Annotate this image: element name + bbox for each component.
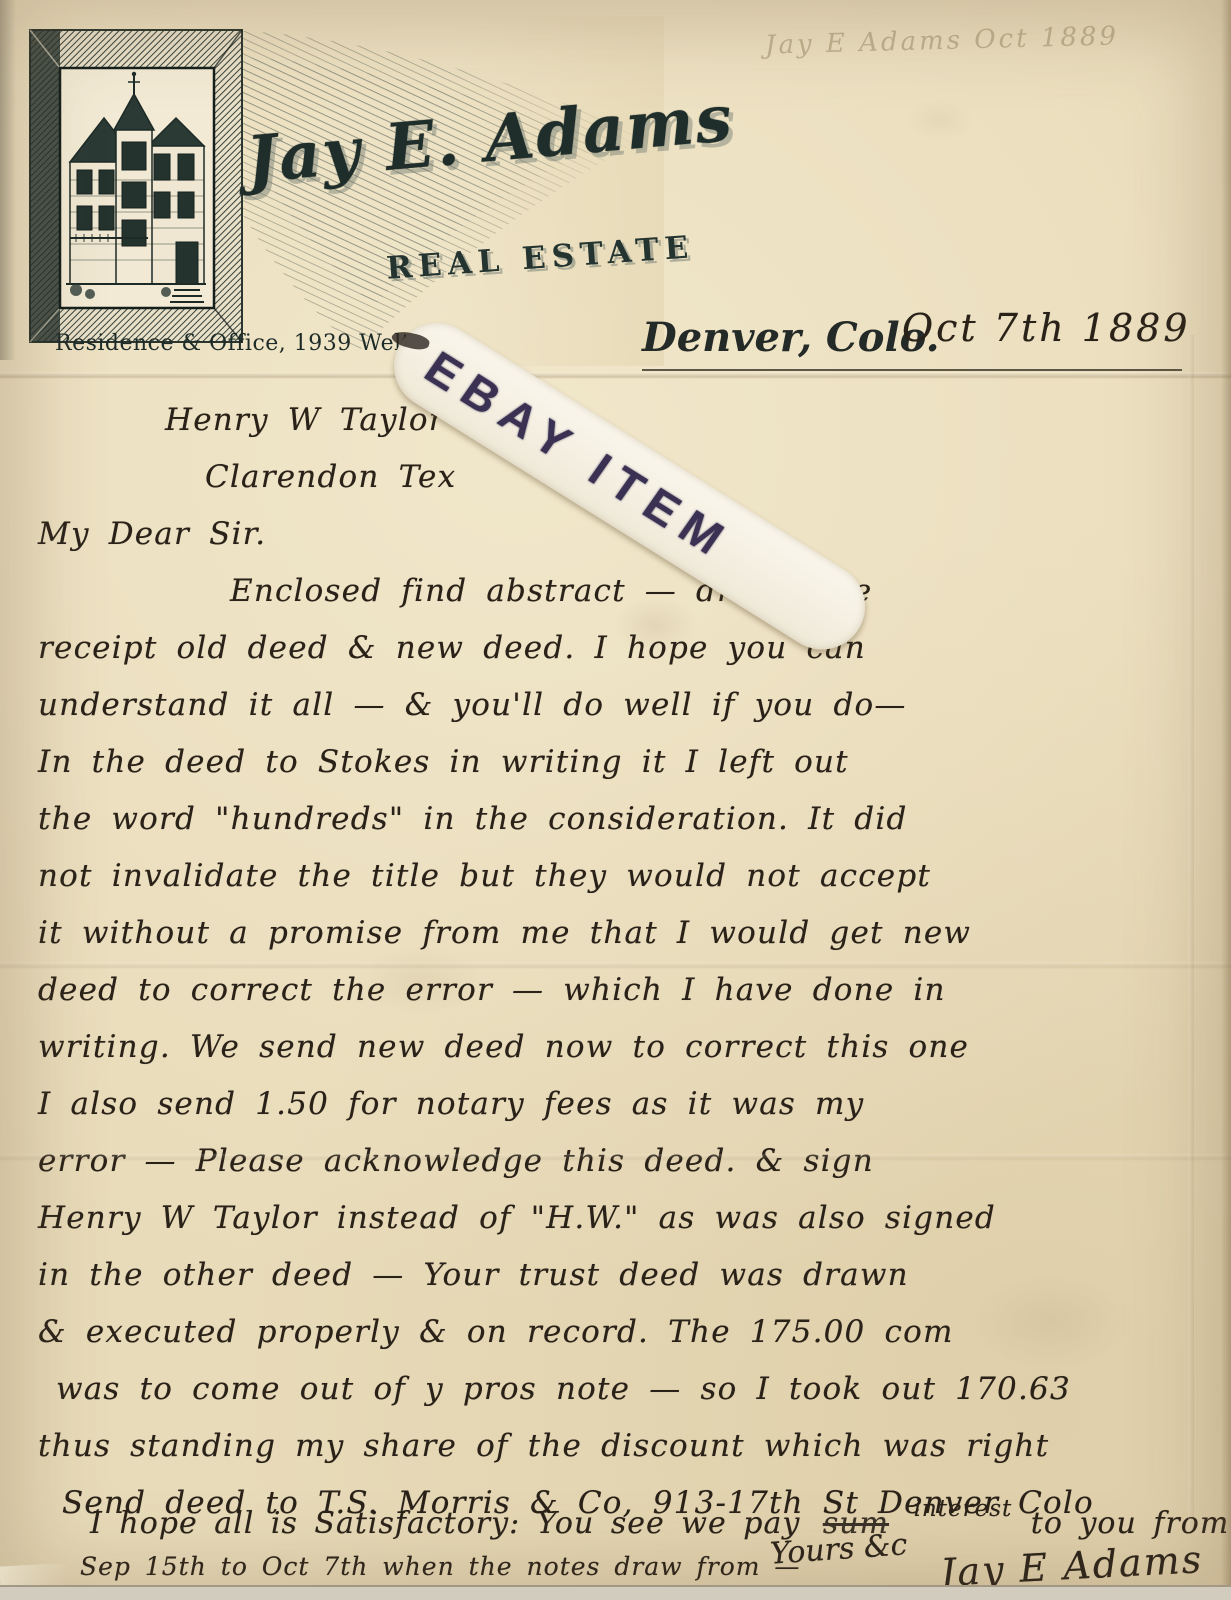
dateline-place: Denver, Colo. (642, 314, 940, 361)
closing-text-before: I hope all is Satisfactory: You see we p… (90, 1506, 800, 1541)
letter-line: deed to correct the error — which I have… (38, 962, 1215, 1019)
letter-line: Henry W Taylor instead of "H.W." as was … (38, 1190, 1215, 1247)
dateline-date: Oct 7th 1889 (902, 306, 1191, 350)
closing-line: I hope all is Satisfactory: You see we p… (90, 1506, 1229, 1541)
letter-line: the word "hundreds" in the consideration… (38, 791, 1215, 848)
letter-scan-page: Jay E. Adams Real Estate Residence & Off… (0, 0, 1231, 1600)
letter-line: In the deed to Stokes in writing it I le… (38, 734, 1215, 791)
letter-line: & executed properly & on record. The 175… (38, 1304, 1215, 1361)
paper-edge-right (1221, 0, 1231, 1600)
letter-lines: Enclosed find abstract — draft noterecei… (38, 563, 1215, 1532)
letter-body: Henry W Taylor Clarendon Tex My Dear Sir… (38, 392, 1215, 1532)
letter-line: receipt old deed & new deed. I hope you … (38, 620, 1215, 677)
letter-line: not invalidate the title but they would … (38, 848, 1215, 905)
letter-line: thus standing my share of the discount w… (38, 1418, 1215, 1475)
letter-line: in the other deed — Your trust deed was … (38, 1247, 1215, 1304)
dateline-rule (642, 369, 1182, 371)
inserted-word: interest (914, 1496, 1013, 1522)
letterhead-house-engraving (14, 16, 664, 366)
scan-edge-bottom (0, 1585, 1231, 1600)
letter-line: I also send 1.50 for notary fees as it w… (38, 1076, 1215, 1133)
letter-line: writing. We send new deed now to correct… (38, 1019, 1215, 1076)
letter-line: Enclosed find abstract — draft note (38, 563, 1215, 620)
pencil-inscription: Jay E Adams Oct 1889 (765, 21, 1120, 60)
letter-line: was to come out of y pros note — so I to… (38, 1361, 1215, 1418)
closing-continuation: Sep 15th to Oct 7th when the notes draw … (80, 1552, 800, 1581)
letter-line: understand it all — & you'll do well if … (38, 677, 1215, 734)
fold-crease (0, 372, 1231, 379)
letter-line: error — Please acknowledge this deed. & … (38, 1133, 1215, 1190)
letter-line: it without a promise from me that I woul… (38, 905, 1215, 962)
closing-text-after: to you from (1031, 1506, 1229, 1541)
